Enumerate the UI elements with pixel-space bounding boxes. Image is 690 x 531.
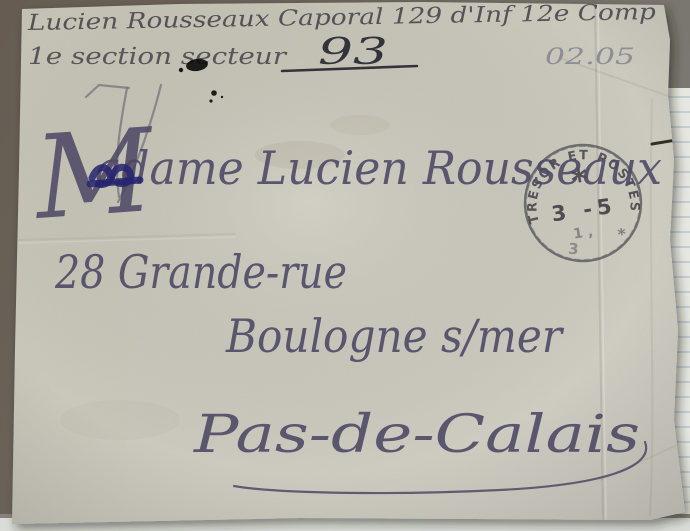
address-line-2: 28 Grande-rue	[54, 245, 347, 299]
envelope-scene: TRESOR ET POSTES * 3 -5 1 , 3 * Lucien R…	[0, 0, 690, 531]
address-line-4: Pas-de-Calais	[193, 405, 640, 465]
sender-line-2: 1e section secteur	[28, 44, 288, 70]
address-line-3: Boulogne s/mer	[225, 309, 565, 363]
pencil-code: 02.05	[545, 45, 635, 70]
postmark-bottom-left-mark: 3	[568, 240, 580, 259]
address-line-1: adame Lucien Rousseaux	[95, 141, 662, 195]
envelope-photo: TRESOR ET POSTES * 3 -5 1 , 3 * Lucien R…	[0, 0, 690, 531]
